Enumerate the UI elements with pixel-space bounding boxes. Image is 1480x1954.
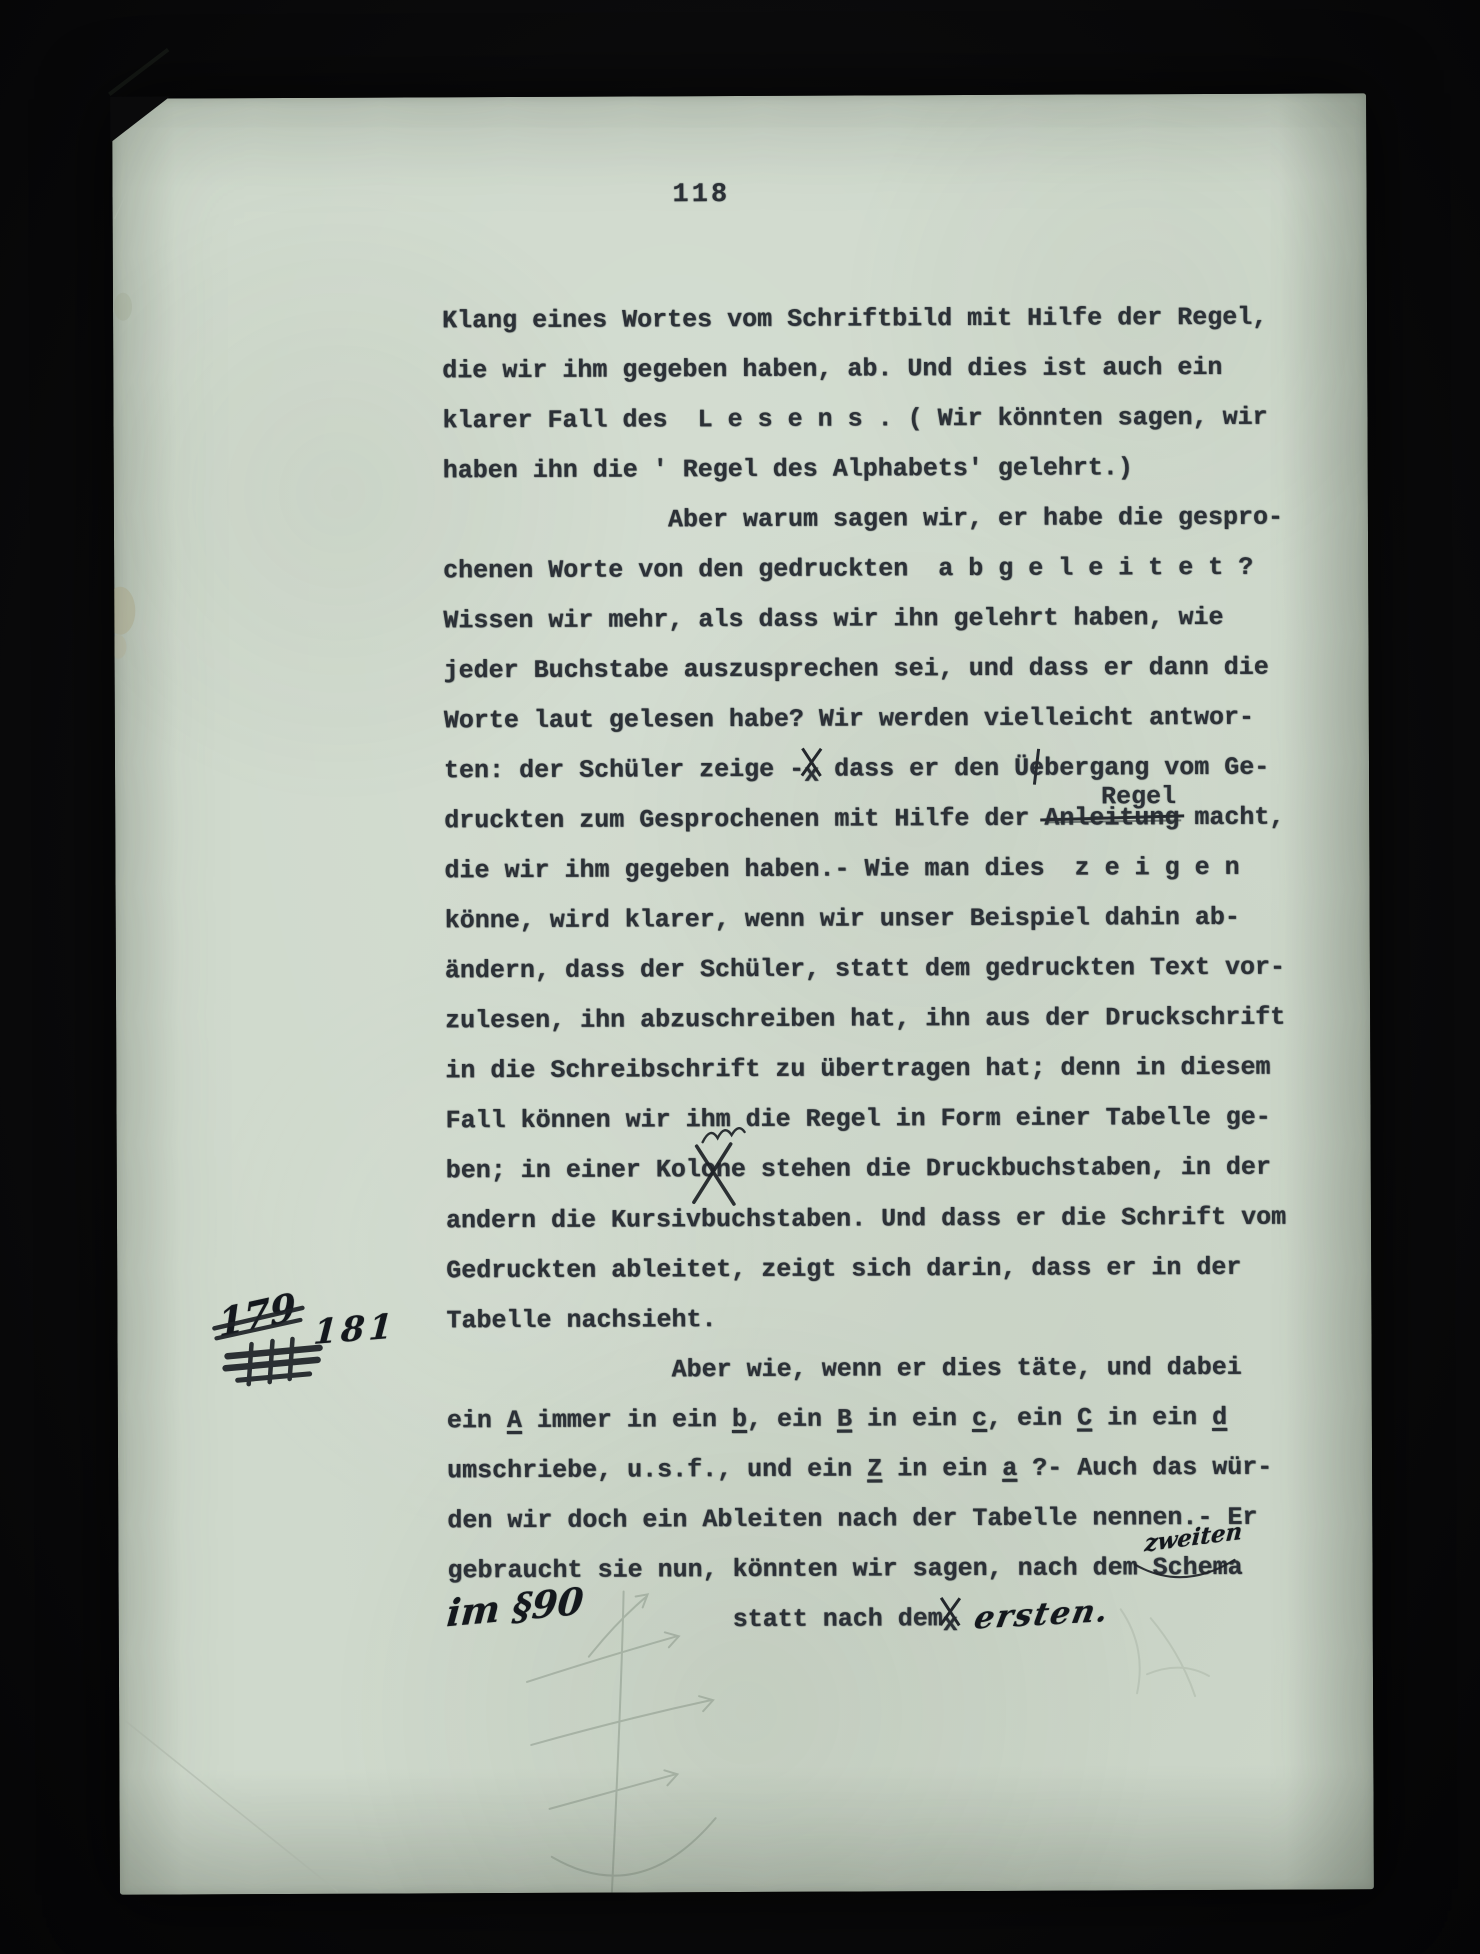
handwritten-margin-number: 181 — [312, 1306, 397, 1352]
typed-segment: in ein — [852, 1404, 972, 1434]
page-number: 118 — [672, 180, 730, 210]
typed-segment: Fall können wir ihm die Regel in Form ei… — [445, 1103, 1270, 1136]
typed-segment: andern die Kursivbuchstaben. Und dass er… — [446, 1203, 1286, 1236]
typed-line: die wir ihm gegeben haben.- Wie man dies… — [444, 843, 1284, 897]
typed-insertion-regel: Regel — [1101, 782, 1176, 811]
typed-segment: ein — [447, 1406, 507, 1435]
typed-segment: immer in ein — [522, 1405, 732, 1435]
typed-segment: zulesen, ihn abzuschreiben hat, ihn aus … — [445, 1003, 1285, 1036]
typed-line: Worte laut gelesen habe? Wir werden viel… — [444, 693, 1284, 747]
typed-line: Aber warum sagen wir, er habe die gespro… — [443, 493, 1283, 547]
typed-segment: Wissen wir mehr, als dass wir ihn gelehr… — [443, 603, 1223, 635]
typed-line: Tabelle nachsieht. — [446, 1293, 1286, 1347]
typed-segment-sx: x — [943, 1599, 958, 1649]
typed-line: Klang eines Wortes vom Schriftbild mit H… — [442, 293, 1282, 347]
typed-segment: Aber warum sagen wir, er habe die gespro… — [668, 503, 1283, 535]
typed-segment: , ein — [987, 1404, 1077, 1433]
typed-line: haben ihn die ' Regel des Alphabets' gel… — [443, 443, 1283, 497]
typed-line: die wir ihm gegeben haben, ab. Und dies … — [442, 343, 1282, 397]
typed-segment-u: b — [732, 1405, 747, 1434]
typed-segment: könne, wird klarer, wenn wir unser Beisp… — [445, 903, 1240, 935]
typed-line: in die Schreibschrift zu übertragen hat;… — [445, 1043, 1285, 1097]
typed-segment: in ein — [882, 1454, 1002, 1484]
typed-line: jeder Buchstabe auszusprechen sei, und d… — [443, 643, 1283, 697]
typed-line: ein A immer in ein b, ein B in ein c, ei… — [447, 1393, 1287, 1447]
typed-segment: druckten zum Gesprochenen mit Hilfe der — [444, 804, 1044, 836]
typed-segment: Gedruckten ableitet, zeigt sich darin, d… — [446, 1253, 1241, 1285]
typed-segment: ?- Auch das wür- — [1017, 1453, 1272, 1483]
manuscript-page: 118 Klang eines Wortes vom Schriftbild m… — [112, 93, 1374, 1894]
typed-segment: ändern, dass der Schüler, statt dem gedr… — [445, 953, 1285, 986]
paper-blemishes — [112, 158, 338, 1893]
typed-segment: statt nach dem — [733, 1604, 943, 1634]
typed-segment: ten: der Schüler zeige - — [444, 755, 804, 786]
typed-text: Klang eines Wortes vom Schriftbild mit H… — [442, 293, 1288, 1647]
typed-segment: Worte laut gelesen habe? Wir werden viel… — [444, 703, 1254, 736]
typed-segment: Aber wie, wenn er dies täte, und dabei — [672, 1353, 1242, 1384]
typed-line: klarer Fall des L e s e n s . ( Wir könn… — [442, 393, 1282, 447]
typed-line: könne, wird klarer, wenn wir unser Beisp… — [445, 893, 1285, 947]
typed-segment: in ein — [1092, 1403, 1212, 1433]
typed-segment-u: B — [837, 1405, 852, 1434]
typed-segment: , ein — [747, 1405, 837, 1434]
typed-segment: klarer Fall des L e s e n s . ( Wir könn… — [442, 403, 1267, 436]
typed-segment: in die Schreibschrift zu übertragen hat;… — [445, 1053, 1270, 1086]
typed-segment: bergang vom Ge- — [1044, 753, 1269, 783]
typed-segment-u: A — [507, 1406, 522, 1435]
typed-segment: macht, — [1179, 803, 1284, 832]
typed-line: ändern, dass der Schüler, statt dem gedr… — [445, 943, 1285, 997]
typed-line: Wissen wir mehr, als dass wir ihn gelehr… — [443, 593, 1283, 647]
typed-segment-u: a — [1002, 1454, 1017, 1483]
typed-line: Fall können wir ihm die Regel in Form ei… — [445, 1093, 1285, 1147]
typed-line: umschriebe, u.s.f., und ein Z in ein a ?… — [447, 1443, 1287, 1497]
typed-segment-u: d — [1212, 1403, 1227, 1432]
typed-segment: die wir ihm gegeben haben, ab. Und dies … — [442, 353, 1222, 385]
typed-line: ben; in einer Kolone stehen die Druckbuc… — [446, 1143, 1286, 1197]
corner-fold — [110, 96, 170, 142]
typed-segment: Tabelle nachsieht. — [446, 1305, 716, 1335]
typed-line: zulesen, ihn abzuschreiben hat, ihn aus … — [445, 993, 1285, 1047]
typed-segment: dass er den Ü — [819, 754, 1029, 784]
typed-segment: chenen Worte von den gedruckten a b g e … — [443, 553, 1253, 586]
typed-line: Gedruckten ableitet, zeigt sich darin, d… — [446, 1243, 1286, 1297]
typed-segment: Klang eines Wortes vom Schriftbild mit H… — [442, 303, 1267, 336]
scan-background: 118 Klang eines Wortes vom Schriftbild m… — [0, 0, 1480, 1954]
handwritten-margin-number-struck: 179 — [217, 1283, 296, 1345]
typed-segment: ben; in einer Kol — [446, 1155, 701, 1185]
typed-segment-sx: x — [804, 750, 819, 800]
typed-segment: umschriebe, u.s.f., und ein — [447, 1454, 867, 1485]
typed-segment-sv: e — [1029, 754, 1044, 783]
typed-segment: haben ihn die ' Regel des Alphabets' gel… — [443, 453, 1133, 485]
typed-segment-u: c — [972, 1404, 987, 1433]
typed-segment-hx: o — [701, 1155, 716, 1184]
typed-segment: die wir ihm gegeben haben.- Wie man dies… — [444, 853, 1239, 885]
typed-segment: jeder Buchstabe auszusprechen sei, und d… — [444, 653, 1269, 686]
typed-line: andern die Kursivbuchstaben. Und dass er… — [446, 1193, 1286, 1247]
typed-segment: ne stehen die Druckbuchstaben, in der — [716, 1153, 1271, 1184]
typed-line: chenen Worte von den gedruckten a b g e … — [443, 543, 1283, 597]
typed-segment-u: Z — [867, 1454, 882, 1483]
typed-line: Aber wie, wenn er dies täte, und dabei — [447, 1343, 1287, 1397]
typed-segment: den wir doch ein Ableiten nach der Tabel… — [447, 1503, 1257, 1536]
typed-segment-u: C — [1077, 1403, 1092, 1432]
